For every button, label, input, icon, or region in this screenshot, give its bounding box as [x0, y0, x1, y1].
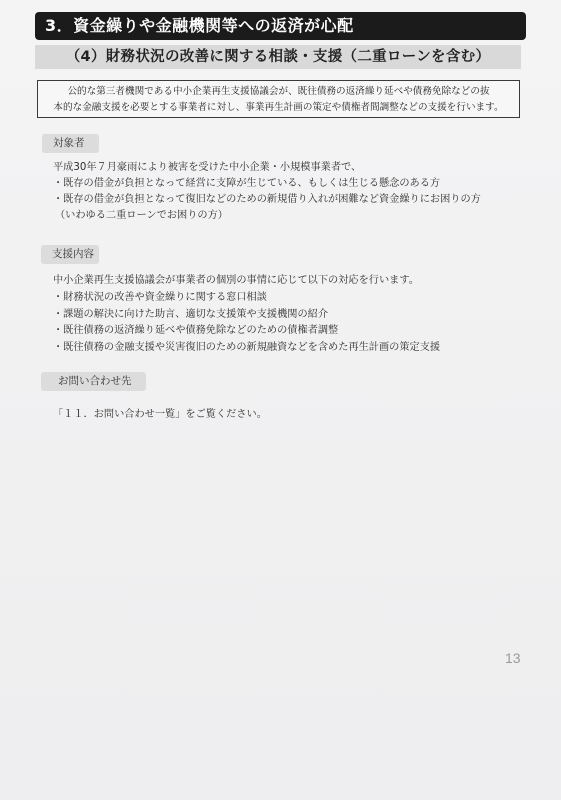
target-line: 平成30年７月豪雨により被害を受けた中小企業・小規模事業者で、 — [53, 160, 481, 176]
support-content: 中小企業再生支援協議会が事業者の個別の事情に応じて以下の対応を行います。 ・財務… — [53, 273, 440, 357]
section-heading: 3．資金繰りや金融機関等への返済が心配 — [35, 12, 526, 40]
support-line: ・課題の解決に向けた助言、適切な支援策や支援機関の紹介 — [53, 307, 440, 324]
intro-box: 公的な第三者機関である中小企業再生支援協議会が、既往債務の返済繰り延べや債務免除… — [37, 80, 520, 118]
intro-line: 公的な第三者機関である中小企業再生支援協議会が、既往債務の返済繰り延べや債務免除… — [38, 84, 519, 100]
support-line: ・既往債務の返済繰り延べや債務免除などのための債権者調整 — [53, 323, 440, 340]
target-line: ・既存の借金が負担となって復旧などのための新規借り入れが困難など資金繰りにお困り… — [53, 192, 481, 208]
target-line: （いわゆる二重ローンでお困りの方） — [53, 208, 481, 224]
target-line: ・既存の借金が負担となって経営に支障が生じている、もしくは生じる懸念のある方 — [53, 176, 481, 192]
contact-content: 「１１．お問い合わせ一覧」をご覧ください。 — [53, 407, 267, 423]
support-line: ・財務状況の改善や資金繰りに関する窓口相談 — [53, 290, 440, 307]
support-line: 中小企業再生支援協議会が事業者の個別の事情に応じて以下の対応を行います。 — [53, 273, 440, 290]
subsection-heading: （4）財務状況の改善に関する相談・支援（二重ローンを含む） — [35, 45, 521, 69]
contact-reference: 「１１．お問い合わせ一覧」をご覧ください。 — [53, 407, 267, 423]
target-label: 対象者 — [42, 134, 99, 153]
document-page: 3．資金繰りや金融機関等への返済が心配 （4）財務状況の改善に関する相談・支援（… — [0, 0, 561, 800]
page-number: 13 — [505, 650, 521, 666]
intro-line: 本的な金融支援を必要とする事業者に対し、事業再生計画の策定や債権者間調整などの支… — [38, 100, 519, 116]
support-label: 支援内容 — [41, 245, 99, 264]
target-content: 平成30年７月豪雨により被害を受けた中小企業・小規模事業者で、 ・既存の借金が負… — [53, 160, 481, 224]
support-line: ・既往債務の金融支援や災害復旧のための新規融資などを含めた再生計画の策定支援 — [53, 340, 440, 357]
contact-label: お問い合わせ先 — [41, 372, 146, 391]
